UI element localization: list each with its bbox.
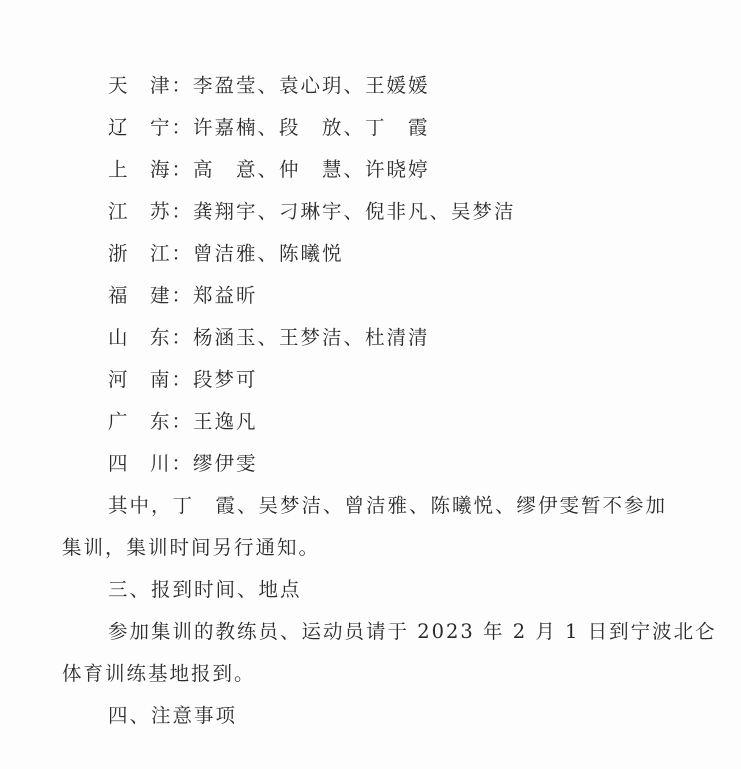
province-char-1: 上 xyxy=(108,158,150,182)
roster-members: 高 意、仲 慧、许晓婷 xyxy=(193,158,430,181)
roster-members: 杨涵玉、王梦洁、杜清清 xyxy=(193,326,430,349)
roster-members: 缪伊雯 xyxy=(193,452,258,475)
province-char-1: 天 xyxy=(108,74,150,98)
report-time-line-2: 体育训练基地报到。 xyxy=(62,662,256,686)
document-page: 天津：李盈莹、袁心玥、王媛媛 辽宁：许嘉楠、段 放、丁 霞 上海：高 意、仲 慧… xyxy=(0,0,741,769)
roster-row-fujian: 福建：郑益昕 xyxy=(108,284,258,308)
province-char-2: 津： xyxy=(150,74,193,97)
roster-members: 王逸凡 xyxy=(193,410,258,433)
roster-row-liaoning: 辽宁：许嘉楠、段 放、丁 霞 xyxy=(108,116,430,140)
roster-members: 曾洁雅、陈曦悦 xyxy=(193,242,344,265)
roster-members: 段梦可 xyxy=(193,368,258,391)
province-char-1: 浙 xyxy=(108,242,150,266)
roster-row-sichuan: 四川：缪伊雯 xyxy=(108,452,258,476)
province-char-2: 宁： xyxy=(150,116,193,139)
province-char-1: 山 xyxy=(108,326,150,350)
roster-row-jiangsu: 江苏：龚翔宇、刁琳宇、倪非凡、吴梦洁 xyxy=(108,200,516,224)
section-4-heading: 四、注意事项 xyxy=(108,704,237,728)
province-char-1: 四 xyxy=(108,452,150,476)
roster-members: 许嘉楠、段 放、丁 霞 xyxy=(193,116,430,139)
province-char-2: 苏： xyxy=(150,200,193,223)
roster-row-zhejiang: 浙江：曾洁雅、陈曦悦 xyxy=(108,242,344,266)
province-char-1: 江 xyxy=(108,200,150,224)
province-char-2: 川： xyxy=(150,452,193,475)
roster-row-guangdong: 广东：王逸凡 xyxy=(108,410,258,434)
roster-row-tianjin: 天津：李盈莹、袁心玥、王媛媛 xyxy=(108,74,430,98)
absent-note-line-2: 集训，集训时间另行通知。 xyxy=(62,536,320,560)
province-char-1: 福 xyxy=(108,284,150,308)
absent-note-line-1: 其中，丁 霞、吴梦洁、曾洁雅、陈曦悦、缪伊雯暂不参加 xyxy=(108,494,667,518)
province-char-2: 海： xyxy=(150,158,193,181)
section-3-heading: 三、报到时间、地点 xyxy=(108,578,302,602)
roster-row-shandong: 山东：杨涵玉、王梦洁、杜清清 xyxy=(108,326,430,350)
province-char-2: 东： xyxy=(150,410,193,433)
roster-row-henan: 河南：段梦可 xyxy=(108,368,258,392)
roster-members: 李盈莹、袁心玥、王媛媛 xyxy=(193,74,430,97)
province-char-1: 广 xyxy=(108,410,150,434)
province-char-2: 江： xyxy=(150,242,193,265)
province-char-2: 南： xyxy=(150,368,193,391)
roster-members: 郑益昕 xyxy=(193,284,258,307)
province-char-2: 建： xyxy=(150,284,193,307)
province-char-1: 河 xyxy=(108,368,150,392)
roster-row-shanghai: 上海：高 意、仲 慧、许晓婷 xyxy=(108,158,430,182)
report-time-line-1: 参加集训的教练员、运动员请于 2023 年 2 月 1 日到宁波北仑 xyxy=(108,620,717,644)
province-char-2: 东： xyxy=(150,326,193,349)
province-char-1: 辽 xyxy=(108,116,150,140)
roster-members: 龚翔宇、刁琳宇、倪非凡、吴梦洁 xyxy=(193,200,516,223)
